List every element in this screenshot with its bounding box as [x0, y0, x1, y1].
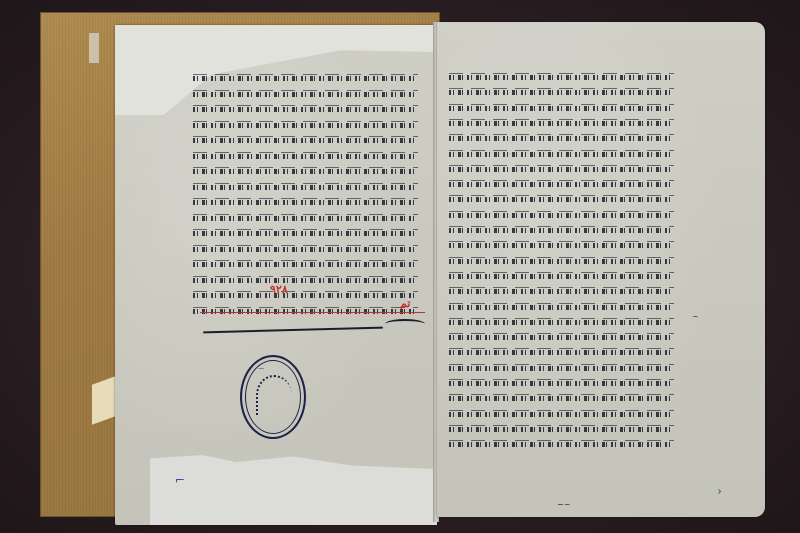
pen-mark: ⌐	[175, 473, 185, 487]
manuscript-line	[449, 103, 674, 113]
manuscript-line	[449, 118, 674, 128]
left-page: ۹۲۸ تم ⌐	[115, 25, 437, 525]
repair-patch-bottom	[150, 455, 437, 525]
right-text-block	[449, 72, 679, 452]
margin-note: ~	[692, 312, 699, 321]
manuscript-line	[449, 72, 674, 82]
manuscript-line	[449, 133, 674, 143]
manuscript-line	[449, 240, 674, 250]
manuscript-line	[193, 213, 418, 223]
red-folio-annotation: ۹۲۸	[270, 283, 288, 296]
right-page: ~ ~~ ›	[437, 22, 765, 517]
manuscript-line	[449, 286, 674, 296]
catchword: ~~	[557, 500, 570, 509]
manuscript-line	[193, 290, 418, 300]
manuscript-line	[449, 164, 674, 174]
manuscript-line	[449, 317, 674, 327]
colophon-flourish	[203, 327, 383, 334]
manuscript-line	[449, 409, 674, 419]
manuscript-line	[449, 378, 674, 388]
manuscript-line	[449, 363, 674, 373]
manuscript-line	[193, 120, 418, 130]
manuscript-line	[193, 89, 418, 99]
manuscript-line	[193, 104, 418, 114]
manuscript-line	[449, 194, 674, 204]
manuscript-line	[193, 73, 418, 83]
manuscript-line	[193, 306, 418, 316]
manuscript-line	[449, 332, 674, 342]
stamp-emblem	[256, 375, 292, 415]
manuscript-line	[449, 149, 674, 159]
manuscript-line	[449, 256, 674, 266]
manuscript-line	[449, 424, 674, 434]
manuscript-line	[193, 259, 418, 269]
red-end-mark: تم	[400, 297, 410, 310]
stamp-label: —	[258, 365, 264, 372]
manuscript-line	[193, 182, 418, 192]
colophon-flourish-curl	[385, 319, 425, 329]
manuscript-line	[193, 275, 418, 285]
manuscript-line	[449, 210, 674, 220]
cover-tear	[89, 33, 99, 63]
manuscript-line	[449, 439, 674, 449]
manuscript-line	[449, 271, 674, 281]
manuscript-line	[449, 393, 674, 403]
manuscript-line	[193, 166, 418, 176]
left-text-block	[193, 73, 423, 323]
corner-mark: ›	[717, 484, 722, 498]
manuscript-line	[449, 302, 674, 312]
manuscript-line	[449, 87, 674, 97]
manuscript-line	[193, 244, 418, 254]
manuscript-line	[193, 135, 418, 145]
manuscript-line	[449, 179, 674, 189]
manuscript-line	[449, 225, 674, 235]
manuscript-line	[193, 228, 418, 238]
manuscript-line	[449, 347, 674, 357]
library-stamp: —	[240, 355, 306, 439]
manuscript-line	[193, 151, 418, 161]
manuscript-line	[193, 197, 418, 207]
red-rule	[200, 312, 425, 313]
